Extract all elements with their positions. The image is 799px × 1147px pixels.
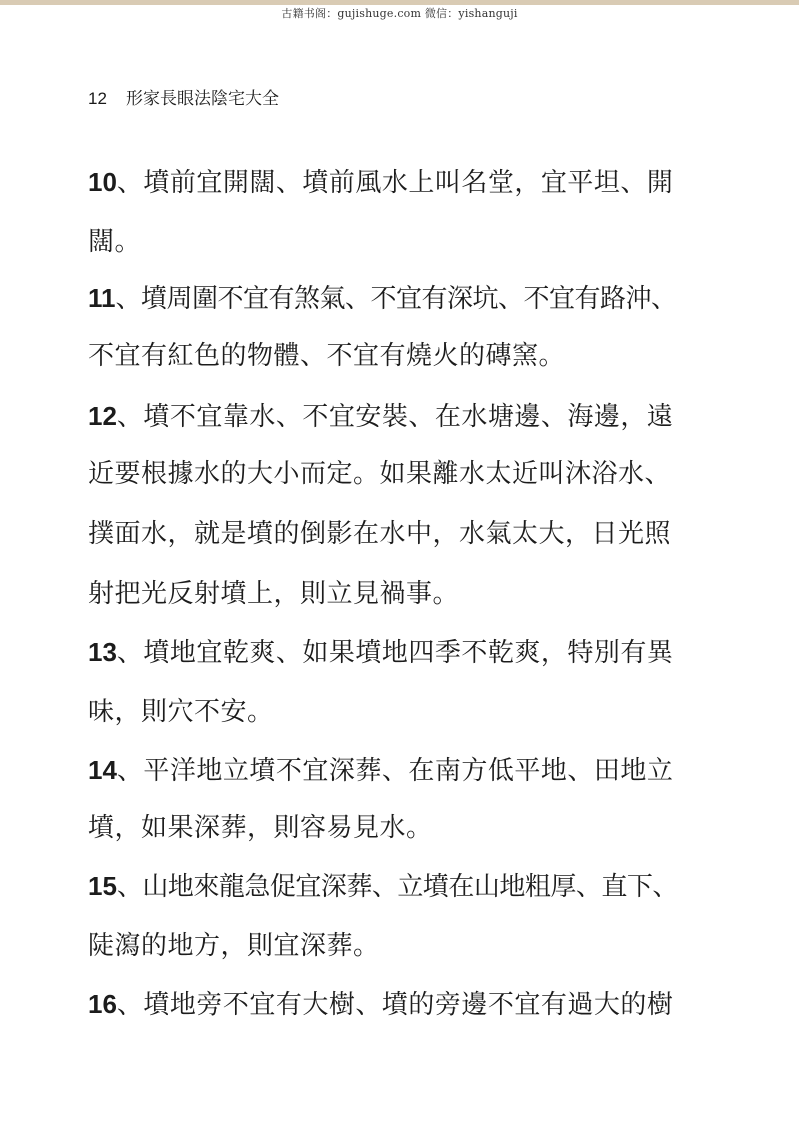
text-line: 陡瀉的地方，則宜深葬。 (88, 931, 380, 961)
text-line: 射把光反射墳上，則立見禍事。 (88, 579, 459, 609)
line-text: 、墳地宜乾爽、如果墳地四季不乾爽，特別有異 (117, 638, 674, 668)
text-line: 11、墳周圍不宜有煞氣、不宜有深坑、不宜有路沖、 (88, 283, 677, 314)
text-line: 不宜有紅色的物體、不宜有燒火的磚窯。 (88, 341, 565, 371)
item-number: 11 (88, 283, 116, 313)
text-line: 撲面水，就是墳的倒影在水中，水氣太大，日光照 (88, 519, 671, 549)
item-number: 12 (88, 401, 117, 431)
watermark: 古籍书阁：gujishuge.com 微信：yishanguji (0, 5, 799, 21)
text-line: 12、墳不宜靠水、不宜安裝、在水塘邊、海邊，遠 (88, 401, 673, 432)
line-text: 、墳前宜開闊、墳前風水上叫名堂，宜平坦、開 (117, 168, 674, 198)
text-line: 13、墳地宜乾爽、如果墳地四季不乾爽，特別有異 (88, 637, 673, 668)
line-text: 、山地來龍急促宜深葬、立墳在山地粗厚、直下、 (117, 872, 678, 902)
book-title: 形家長眼法陰宅大全 (126, 89, 279, 109)
item-number: 13 (88, 637, 117, 667)
text-line: 16、墳地旁不宜有大樹、墳的旁邊不宜有過大的樹 (88, 989, 673, 1020)
item-number: 14 (88, 755, 117, 785)
running-head: 12形家長眼法陰宅大全 (88, 84, 279, 109)
item-number: 16 (88, 989, 117, 1019)
text-line: 15、山地來龍急促宜深葬、立墳在山地粗厚、直下、 (88, 871, 678, 902)
line-text: 、墳不宜靠水、不宜安裝、在水塘邊、海邊，遠 (117, 402, 674, 432)
text-line: 10、墳前宜開闊、墳前風水上叫名堂，宜平坦、開 (88, 167, 673, 198)
text-line: 近要根據水的大小而定。如果離水太近叫沐浴水、 (88, 459, 671, 489)
line-text: 、平洋地立墳不宜深葬、在南方低平地、田地立 (117, 756, 674, 786)
line-text: 、墳周圍不宜有煞氣、不宜有深坑、不宜有路沖、 (116, 284, 677, 314)
text-line: 14、平洋地立墳不宜深葬、在南方低平地、田地立 (88, 755, 673, 786)
item-number: 10 (88, 167, 117, 197)
item-number: 15 (88, 871, 117, 901)
line-text: 、墳地旁不宜有大樹、墳的旁邊不宜有過大的樹 (117, 990, 674, 1020)
text-line: 墳，如果深葬，則容易見水。 (88, 813, 433, 843)
text-line: 闊。 (88, 227, 141, 257)
text-line: 味，則穴不安。 (88, 697, 274, 727)
page-number: 12 (88, 89, 126, 109)
